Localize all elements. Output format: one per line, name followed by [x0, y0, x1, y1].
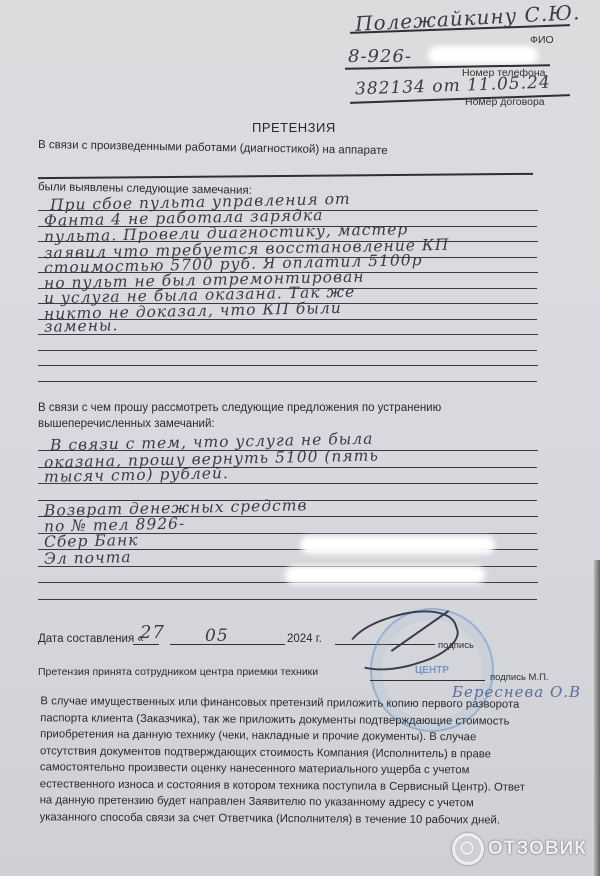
section1-intro: В связи с произведенными работами (диагн…: [38, 139, 388, 157]
handwritten-line: Эл почта: [44, 548, 132, 568]
ruled-line: [38, 599, 537, 600]
accepted-sign-label: подпись М.П.: [490, 672, 549, 683]
device-line: [38, 173, 533, 179]
fio-label: ФИО: [530, 34, 554, 46]
accepted-sign-line: [370, 680, 485, 681]
date-year: 2024 г.: [287, 633, 322, 645]
phone-redaction-2: [300, 536, 495, 554]
accepted-label: Претензия принята сотрудником центра при…: [38, 666, 318, 678]
stamp-text: ЦЕНТР: [415, 665, 449, 676]
date-month-line: [170, 644, 285, 645]
paper-edge: [594, 560, 600, 876]
ruled-line: [38, 381, 537, 382]
handwritten-line: тысяч сто) рублей.: [44, 464, 229, 486]
ruled-line: [38, 350, 537, 351]
notice-paragraph: В случае имущественных или финансовых пр…: [40, 693, 531, 828]
watermark-text: ОТЗОВИК: [488, 838, 587, 860]
ruled-line: [38, 365, 538, 366]
document-title: ПРЕТЕНЗИЯ: [252, 120, 336, 135]
phone-redaction: [428, 46, 538, 64]
date-day: 27: [140, 622, 165, 643]
email-redaction: [285, 566, 485, 584]
notice-line: указанного способа связи за счет Ответчи…: [40, 809, 530, 829]
section2-intro-line2: вышеперечисленных замечаний:: [38, 418, 215, 430]
otzovik-logo-icon: [452, 833, 484, 865]
date-month: 05: [205, 626, 229, 646]
handwritten-line: замены.: [44, 316, 119, 336]
phone-handwritten: 8-926-: [348, 46, 412, 67]
section2-intro-line1: В связи с чем прошу рассмотреть следующи…: [38, 402, 441, 414]
watermark: ОТЗОВИК: [452, 833, 587, 865]
date-day-line: [133, 644, 159, 645]
date-label: Дата составления «: [38, 633, 144, 645]
contract-label: Номер договора: [465, 96, 545, 108]
